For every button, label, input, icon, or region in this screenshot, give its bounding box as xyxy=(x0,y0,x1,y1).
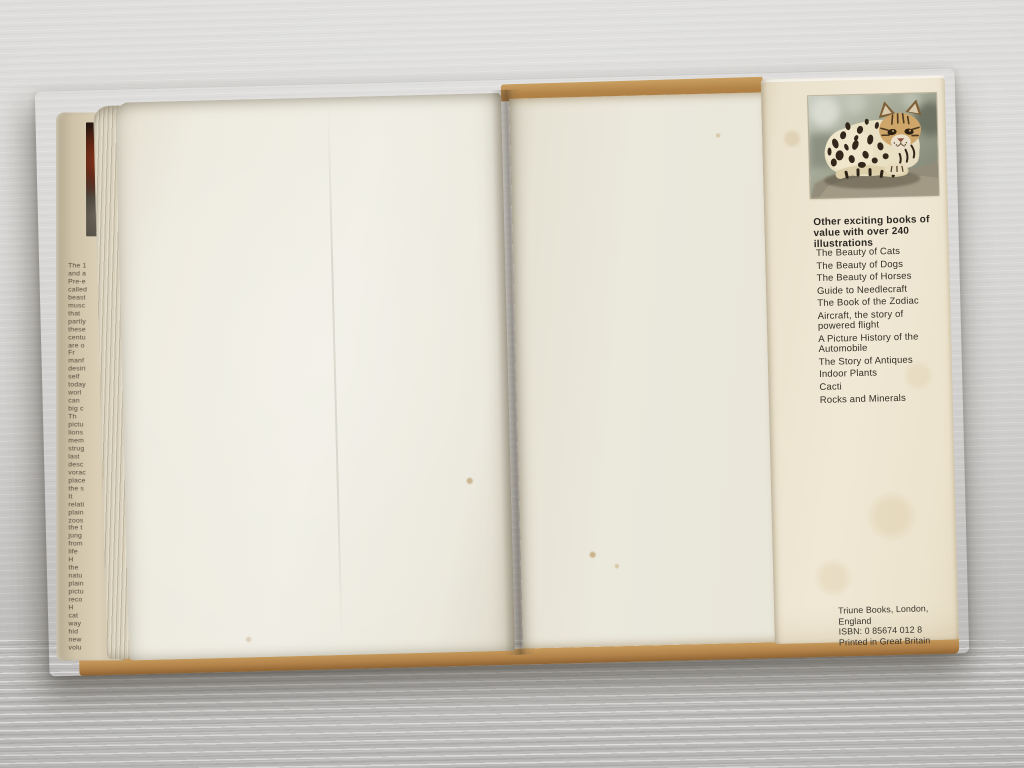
book-title: The Book of the Zodiac xyxy=(817,296,947,310)
book-title: The Beauty of Horses xyxy=(817,271,947,285)
book-title: Aircraft, the story of powered flight xyxy=(818,309,948,333)
wild-cat-photo xyxy=(808,93,939,198)
open-book: The 1 and a Pre-e called beast musc that… xyxy=(35,68,970,676)
book-title: Cacti xyxy=(819,380,949,394)
imprint-block: Triune Books, London, England ISBN: 0 85… xyxy=(838,603,959,648)
page-crease xyxy=(327,103,343,643)
book-title: A Picture History of the Automobile xyxy=(818,332,948,356)
book-title: The Beauty of Dogs xyxy=(816,258,946,272)
other-books-header: Other exciting books of value with over … xyxy=(813,215,940,251)
other-books-list: The Beauty of Cats The Beauty of Dogs Th… xyxy=(816,246,950,408)
photo-of-open-book: { "scene": { "description": "Photograph … xyxy=(0,0,1024,768)
back-jacket-flap: Other exciting books of value with over … xyxy=(761,75,959,644)
book-title: Indoor Plants xyxy=(819,367,949,381)
book-title: The Beauty of Cats xyxy=(816,246,946,260)
rear-endpaper-page xyxy=(509,92,775,648)
book-title: The Story of Antiques xyxy=(819,354,949,368)
book-title: Guide to Needlecraft xyxy=(817,283,947,297)
imprint-publisher: Triune Books, London, England xyxy=(838,603,958,627)
book-title: Rocks and Minerals xyxy=(820,392,950,406)
blank-left-page xyxy=(115,93,515,661)
